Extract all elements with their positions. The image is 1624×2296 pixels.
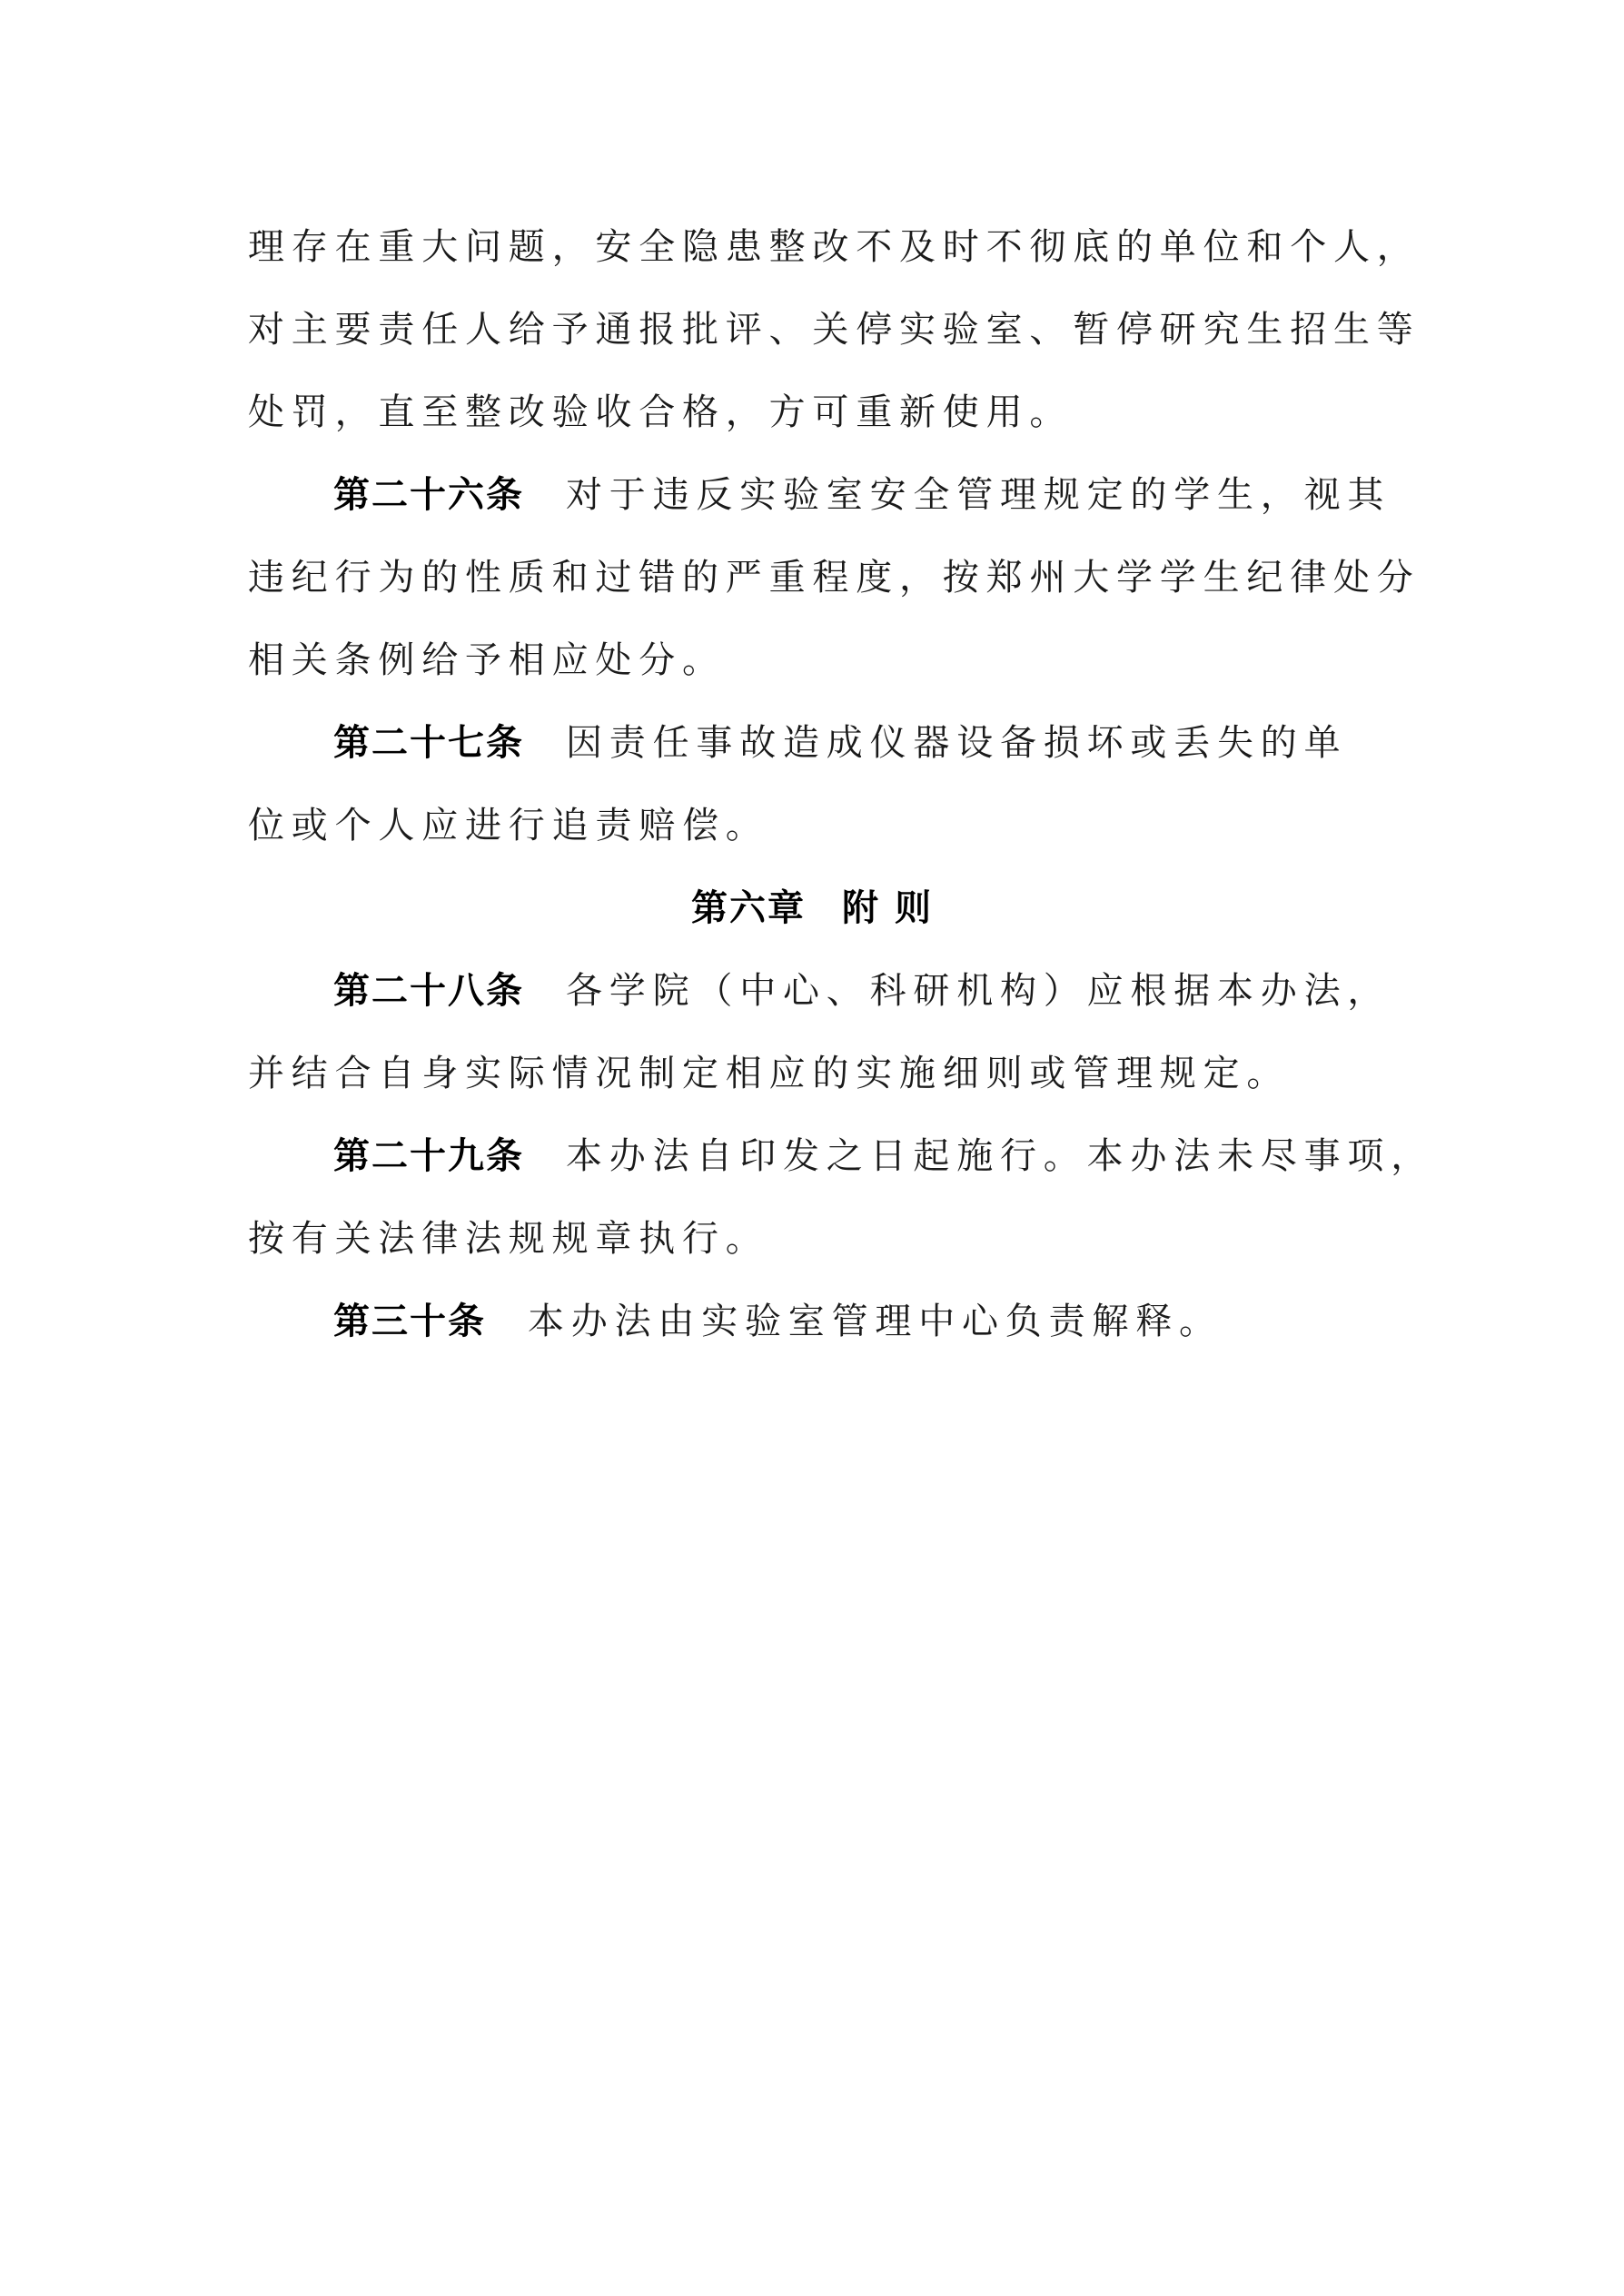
article-number: 第二十九条 [333,1135,524,1177]
article-number: 第二十六条 [333,474,524,516]
article-first-line: 第二十六条对于违反实验室安全管理规定的学生，视其 [248,466,1383,549]
article-text: 因责任事故造成仪器设备损坏或丢失的单 [566,722,1347,764]
article-first-line: 第二十八条各学院（中心、科研机构）应根据本办法， [248,962,1383,1044]
article-29: 第二十九条本办法自印发之日起施行。本办法未尽事项， 按有关法律法规规章执行。 [248,1127,1383,1292]
paragraph-line: 违纪行为的性质和过错的严重程度，按郑州大学学生纪律处分 [248,549,1383,631]
article-text: 本办法由实验室管理中心负责解释。 [528,1301,1223,1342]
paragraph-line: 并结合自身实际情况制定相应的实施细则或管理规定。 [248,1044,1383,1127]
article-number: 第二十八条 [333,970,524,1012]
chapter-number: 第六章 [691,887,806,929]
article-28: 第二十八条各学院（中心、科研机构）应根据本办法， 并结合自身实际情况制定相应的实… [248,962,1383,1127]
article-number: 第二十七条 [333,722,524,764]
document-body: 理存在重大问题，安全隐患整改不及时不彻底的单位和个人， 对主要责任人给予通报批评… [248,218,1383,1375]
continuation-paragraph: 理存在重大问题，安全隐患整改不及时不彻底的单位和个人， 对主要责任人给予通报批评… [248,218,1383,466]
article-first-line: 第二十九条本办法自印发之日起施行。本办法未尽事项， [248,1127,1383,1210]
article-30: 第三十条本办法由实验室管理中心负责解释。 [248,1292,1383,1375]
article-text: 本办法自印发之日起施行。本办法未尽事项， [566,1135,1434,1177]
paragraph-line: 按有关法律法规规章执行。 [248,1210,1383,1292]
document-page: 理存在重大问题，安全隐患整改不及时不彻底的单位和个人， 对主要责任人给予通报批评… [0,0,1624,2296]
paragraph-line: 相关条例给予相应处分。 [248,631,1383,714]
article-26: 第二十六条对于违反实验室安全管理规定的学生，视其 违纪行为的性质和过错的严重程度… [248,466,1383,714]
chapter-title: 附 则 [842,887,933,929]
article-first-line: 第三十条本办法由实验室管理中心负责解释。 [248,1292,1383,1375]
article-27: 第二十七条因责任事故造成仪器设备损坏或丢失的单 位或个人应进行追责赔偿。 [248,714,1383,879]
chapter-heading: 第六章附 则 [0,879,1624,962]
paragraph-line: 位或个人应进行追责赔偿。 [248,797,1383,879]
paragraph-line: 对主要责任人给予通报批评、关停实验室、暂停研究生招生等 [248,301,1383,383]
article-first-line: 第二十七条因责任事故造成仪器设备损坏或丢失的单 [248,714,1383,797]
paragraph-line: 处罚，直至整改验收合格，方可重新使用。 [248,383,1383,466]
article-number: 第三十条 [333,1301,486,1342]
paragraph-line: 理存在重大问题，安全隐患整改不及时不彻底的单位和个人， [248,218,1383,301]
article-text: 对于违反实验室安全管理规定的学生，视其 [566,474,1391,516]
article-text: 各学院（中心、科研机构）应根据本办法， [566,970,1391,1012]
